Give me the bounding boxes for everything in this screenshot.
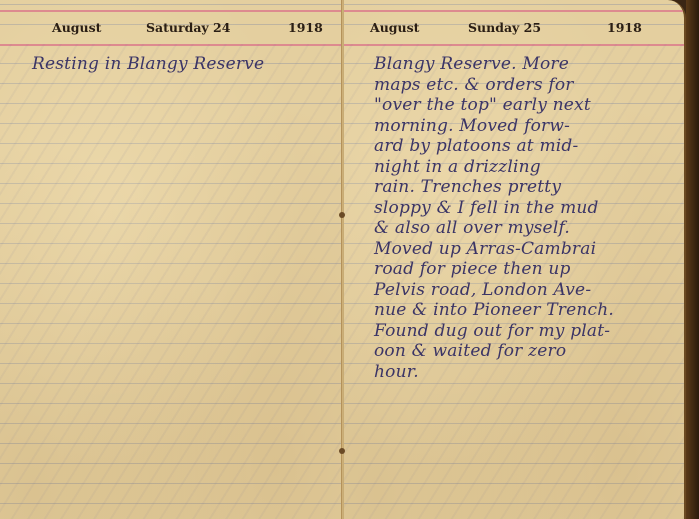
right-page-header: August Sunday 25 1918	[344, 16, 684, 40]
page-edge	[686, 0, 699, 519]
right-page: August Sunday 25 1918 Blangy Reserve. Mo…	[344, 0, 686, 519]
header-top-rule	[0, 10, 343, 12]
entry-line: Resting in Blangy Reserve	[32, 54, 343, 75]
stitch-hole	[339, 212, 345, 218]
entry-line: sloppy & I fell in the mud	[374, 198, 684, 219]
left-page-header: August Saturday 24 1918	[0, 16, 343, 40]
entry-line: oon & waited for zero	[374, 341, 684, 362]
header-day: Sunday 25	[468, 20, 541, 35]
entry-line: hour.	[374, 362, 684, 383]
diary-spread: August Saturday 24 1918 Resting in Blang…	[0, 0, 699, 519]
header-month: August	[52, 20, 101, 35]
header-year: 1918	[607, 20, 642, 35]
entry-line: Pelvis road, London Ave-	[374, 280, 684, 301]
header-day: Saturday 24	[146, 20, 230, 35]
entry-line: Found dug out for my plat-	[374, 321, 684, 342]
left-page-entry: Resting in Blangy Reserve	[0, 48, 343, 75]
entry-line: maps etc. & orders for	[374, 75, 684, 96]
stitch-hole	[339, 448, 345, 454]
left-page: August Saturday 24 1918 Resting in Blang…	[0, 0, 344, 519]
entry-line: rain. Trenches pretty	[374, 177, 684, 198]
right-page-entry: Blangy Reserve. More maps etc. & orders …	[344, 48, 684, 382]
entry-line: "over the top" early next	[374, 95, 684, 116]
header-bottom-rule	[344, 44, 684, 46]
entry-line: morning. Moved forw-	[374, 116, 684, 137]
header-bottom-rule	[0, 44, 343, 46]
entry-line: nue & into Pioneer Trench.	[374, 300, 684, 321]
entry-line: night in a drizzling	[374, 157, 684, 178]
header-top-rule	[344, 10, 684, 12]
header-month: August	[370, 20, 419, 35]
entry-line: & also all over myself.	[374, 218, 684, 239]
entry-line: Moved up Arras-Cambrai	[374, 239, 684, 260]
entry-line: Blangy Reserve. More	[374, 54, 684, 75]
entry-line: ard by platoons at mid-	[374, 136, 684, 157]
entry-line: road for piece then up	[374, 259, 684, 280]
ink-bleed-through	[0, 44, 343, 519]
header-year: 1918	[288, 20, 323, 35]
